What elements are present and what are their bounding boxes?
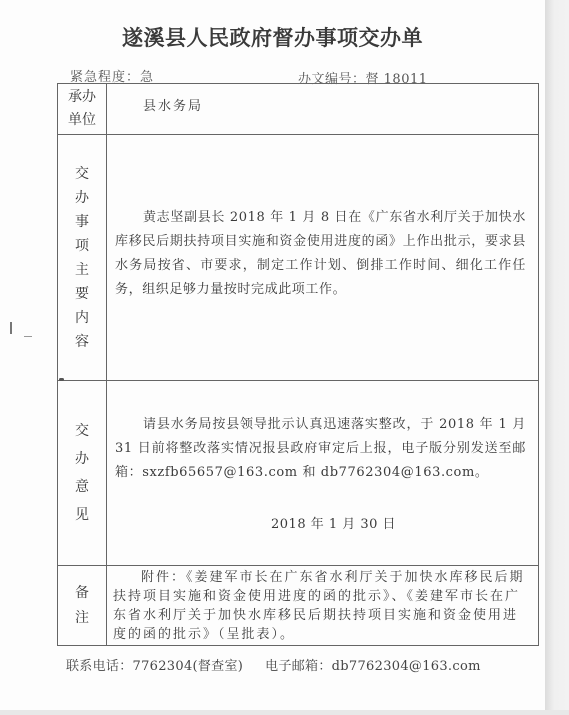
phone-label: 联系电话： <box>66 659 133 674</box>
viewer-bottom-edge <box>0 710 569 715</box>
table-row-main-content: 交 办 事 项 主 要 内 容 黄志坚副县长 2018 年 1 月 8 日在《广… <box>58 135 539 381</box>
label-char: 意 <box>75 480 89 494</box>
unit-value: 县水务局 <box>107 95 538 114</box>
label-char: 事 <box>75 215 89 229</box>
main-content-text: 黄志坚副县长 2018 年 1 月 8 日在《广东省水利厅关于加快水库移民后期扶… <box>107 206 538 302</box>
label-char: 交 <box>75 167 89 181</box>
unit-content-cell: 县水务局 <box>107 84 539 135</box>
viewer-edge <box>545 0 569 715</box>
unit-label-line-1: 承办 <box>58 86 106 109</box>
label-char: 备 <box>75 586 89 600</box>
remarks-label-cell: 备 注 <box>58 566 107 646</box>
main-content-cell: 黄志坚副县长 2018 年 1 月 8 日在《广东省水利厅关于加快水库移民后期扶… <box>107 135 539 381</box>
main-content-label-cell: 交 办 事 项 主 要 内 容 <box>58 135 107 381</box>
opinion-label: 交 办 意 见 <box>58 417 106 529</box>
phone-value: 7762304(督查室) <box>133 659 244 674</box>
opinion-date: 2018 年 1 月 30 日 <box>107 513 538 532</box>
table-row-unit: 承办 单位 县水务局 <box>58 84 539 135</box>
label-char: 项 <box>75 239 89 253</box>
remarks-label: 备 注 <box>58 583 106 628</box>
unit-label-cell: 承办 单位 <box>58 84 107 135</box>
table-row-remarks: 备 注 附件：《姜建军市长在广东省水利厅关于加快水库移民后期扶持项目实施和资金使… <box>58 566 539 646</box>
label-char: 见 <box>75 508 89 522</box>
email-value: db7762304@163.com <box>332 659 481 674</box>
scan-mark <box>10 322 12 334</box>
table-row-opinion: 交 办 意 见 请县水务局按县领导批示认真迅速落实整改，于 2018 年 1 月… <box>58 381 539 566</box>
email-label: 电子邮箱： <box>265 659 332 674</box>
scan-mark <box>59 378 64 381</box>
label-char: 主 <box>75 263 89 277</box>
label-char: 容 <box>75 335 89 349</box>
remarks-body: 附件：《姜建军市长在广东省水利厅关于加快水库移民后期扶持项目实施和资金使用进度的… <box>113 570 525 642</box>
label-char: 要 <box>75 287 89 301</box>
label-char: 交 <box>75 424 89 438</box>
scan-mark <box>24 336 32 337</box>
label-char: 注 <box>75 611 89 625</box>
remarks-text: 附件：《姜建军市长在广东省水利厅关于加快水库移民后期扶持项目实施和资金使用进度的… <box>107 568 538 644</box>
unit-label-line-2: 单位 <box>58 109 106 132</box>
main-content-body: 黄志坚副县长 2018 年 1 月 8 日在《广东省水利厅关于加快水库移民后期扶… <box>115 210 526 297</box>
opinion-content-cell: 请县水务局按县领导批示认真迅速落实整改，于 2018 年 1 月 31 日前将整… <box>107 381 539 566</box>
document-title: 遂溪县人民政府督办事项交办单 <box>0 22 545 52</box>
opinion-label-cell: 交 办 意 见 <box>58 381 107 566</box>
label-char: 内 <box>75 311 89 325</box>
opinion-body: 请县水务局按县领导批示认真迅速落实整改，于 2018 年 1 月 31 日前将整… <box>115 417 526 480</box>
main-content-label: 交 办 事 项 主 要 内 容 <box>58 162 106 354</box>
label-char: 办 <box>75 191 89 205</box>
opinion-text: 请县水务局按县领导批示认真迅速落实整改，于 2018 年 1 月 31 日前将整… <box>107 413 538 485</box>
contact-footer: 联系电话：7762304(督查室)电子邮箱：db7762304@163.com <box>66 655 481 674</box>
label-char: 办 <box>75 452 89 466</box>
document-page: 遂溪县人民政府督办事项交办单 紧急程度：急 办文编号：督 18011 承办 单位… <box>0 0 545 710</box>
assignment-form-table: 承办 单位 县水务局 交 办 事 项 主 要 内 容 <box>57 83 539 646</box>
remarks-content-cell: 附件：《姜建军市长在广东省水利厅关于加快水库移民后期扶持项目实施和资金使用进度的… <box>107 566 539 646</box>
